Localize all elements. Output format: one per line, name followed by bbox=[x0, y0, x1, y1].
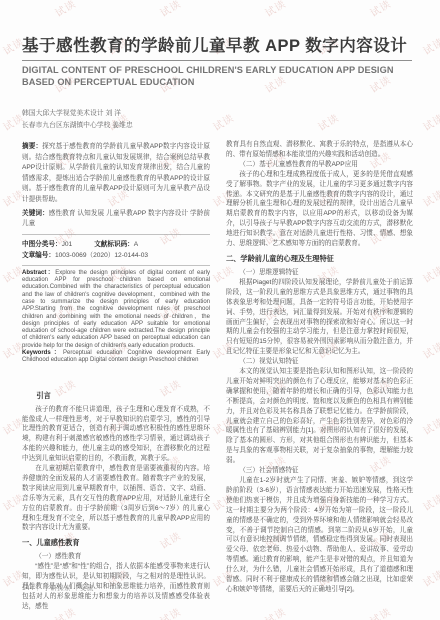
watermark-text: 试读 bbox=[210, 109, 237, 133]
watermark-text: 试读 bbox=[367, 603, 394, 620]
doc-code: 文献标识码：A bbox=[94, 239, 138, 250]
section-1-1-heading: （一）感性教育 bbox=[22, 552, 210, 562]
watermark-text: 试读 bbox=[420, 33, 440, 57]
abstract-cn-text: 探究基于感性教育的学龄前儿童早教APP数字内容设计原则。结合感性教育特点和儿童认… bbox=[22, 143, 210, 203]
article-id-row: 文章编号：1003-0069（2020）12-0144-03 bbox=[22, 250, 210, 261]
author-line-2: 长春市九台区东湖镇中心学校 姜维忠 bbox=[22, 120, 133, 132]
clc-label: 中图分类号： bbox=[22, 241, 62, 248]
clc-value: J01 bbox=[62, 241, 73, 248]
doc-code-label: 文献标识码： bbox=[94, 241, 134, 248]
intro-heading: 引言 bbox=[22, 391, 210, 401]
article-id-value: 1003-0069（2020）12-0144-03 bbox=[55, 252, 148, 259]
abstract-cn: 摘要：探究基于感性教育的学龄前儿童早教APP数字内容设计原则。结合感性教育特点和… bbox=[22, 142, 210, 206]
left-column: 摘要：探究基于感性教育的学龄前儿童早教APP数字内容设计原则。结合感性教育特点和… bbox=[22, 142, 210, 612]
author-block: 韩国大邱大学视觉美术设计 刘 洋 长春市九台区东湖镇中心学校 姜维忠 bbox=[22, 108, 133, 131]
clc-row: 中图分类号：J01 文献标识码：A bbox=[22, 239, 210, 250]
paper-page: 试读试读试读试读试读试读试读试读试读试读试读试读试读试读试读试读试读试读试读试读… bbox=[0, 0, 440, 620]
paper-title-cn: 基于感性教育的学龄前儿童早教 APP 数字内容设计 bbox=[22, 32, 412, 61]
article-id-label: 文章编号： bbox=[22, 252, 55, 259]
keywords-en-label: Keywords： bbox=[22, 350, 63, 356]
watermark-text: 试读 bbox=[367, 0, 394, 20]
divider-top bbox=[22, 234, 210, 235]
watermark-text: 试读 bbox=[420, 413, 440, 437]
watermark-text: 试读 bbox=[420, 261, 440, 285]
section-2-3-heading: （三）社会情感特征 bbox=[226, 466, 413, 476]
section-1-heading: 一、儿童感性教育 bbox=[22, 538, 210, 548]
intro-paragraph-1: 孩子的教育不能只讲道理，孩子生理和心理发育不成熟，不能像成人一样理性思考，对于早… bbox=[22, 405, 210, 464]
keywords-cn-text: 感性教育 认知发展 儿童早教APP 数字内容设计 学龄前儿童 bbox=[22, 210, 210, 228]
watermark-text: 试读 bbox=[315, 109, 342, 133]
section-1-2-heading: （二）基于儿童感性教育的早教APP应用 bbox=[226, 160, 413, 170]
title-block: 基于感性教育的学龄前儿童早教 APP 数字内容设计 DIGITAL CONTEN… bbox=[22, 32, 412, 88]
footer-page-info: 144｜ 学研探索 ｜交流 bbox=[22, 583, 94, 592]
watermark-text: 试读 bbox=[157, 0, 184, 20]
abstract-en-label: Abstract： bbox=[22, 270, 55, 276]
watermark-text: 试读 bbox=[420, 489, 440, 513]
keywords-cn-label: 关键词： bbox=[22, 210, 49, 217]
abstract-cn-label: 摘要： bbox=[22, 143, 42, 150]
watermark-text: 试读 bbox=[420, 185, 440, 209]
doc-code-value: A bbox=[134, 241, 138, 248]
divider-bottom bbox=[22, 265, 210, 266]
watermark-text: 试读 bbox=[262, 603, 289, 620]
intro-paragraph-2: 在儿童初期启蒙教育中，感性教育是需要被重视的内容。培养健康的全面发展的人才需要感… bbox=[22, 464, 210, 533]
watermark-text: 试读 bbox=[420, 565, 440, 589]
watermark-text: 试读 bbox=[420, 337, 440, 361]
paper-title-en: DIGITAL CONTENT OF PRESCHOOL CHILDREN'S … bbox=[22, 64, 412, 88]
abstract-en-text: Explore the design principles of digital… bbox=[22, 270, 210, 349]
section-1-2-paragraph: 孩子的心理和生理成熟程度低于成人，更多的是凭借直观感受了解事物。数字产业的发展，… bbox=[226, 170, 413, 249]
section-2-2-heading: （二）视觉认知特征 bbox=[226, 357, 413, 367]
author-line-1: 韩国大邱大学视觉美术设计 刘 洋 bbox=[22, 108, 133, 120]
keywords-cn: 关键词：感性教育 认知发展 儿童早教APP 数字内容设计 学龄前儿童 bbox=[22, 209, 210, 230]
section-2-1-heading: （一）思维逻辑特征 bbox=[226, 268, 413, 278]
clc-number: 中图分类号：J01 bbox=[22, 239, 72, 250]
section-2-heading: 二、学龄前儿童的心理及生理特征 bbox=[226, 254, 413, 264]
abstract-en: Abstract：Explore the design principles o… bbox=[22, 270, 210, 350]
watermark-text: 试读 bbox=[420, 109, 440, 133]
section-2-3-paragraph: 儿童在1-2岁时就产生了同情、害羞、嫉妒等情感，到这学龄前阶段（3-6岁），语言… bbox=[226, 476, 413, 595]
right-column: 教育具有自然直观、潜移默化、寓教于乐的特点，是指遵从本心的、带有原始情感和本能欲… bbox=[226, 140, 413, 595]
watermark-text: 试读 bbox=[262, 0, 289, 20]
section-2-2-paragraph: 本文的视觉认知主要是指色彩认知和图形认知，这一阶段的儿童开始对鲜明突出的颜色有了… bbox=[226, 367, 413, 466]
section-2-1-paragraph: 根据Piaget的四阶段认知发展理论，学龄前儿童处于前运算阶段，这一阶段儿童的思… bbox=[226, 278, 413, 357]
section-1-1-paragraph-continued: 教育具有自然直观、潜移默化、寓教于乐的特点，是指遵从本心的、带有原始情感和本能欲… bbox=[226, 140, 413, 160]
keywords-en: Keywords：Perceptual education Cognitive … bbox=[22, 350, 210, 365]
watermark-text: 试读 bbox=[52, 0, 79, 20]
